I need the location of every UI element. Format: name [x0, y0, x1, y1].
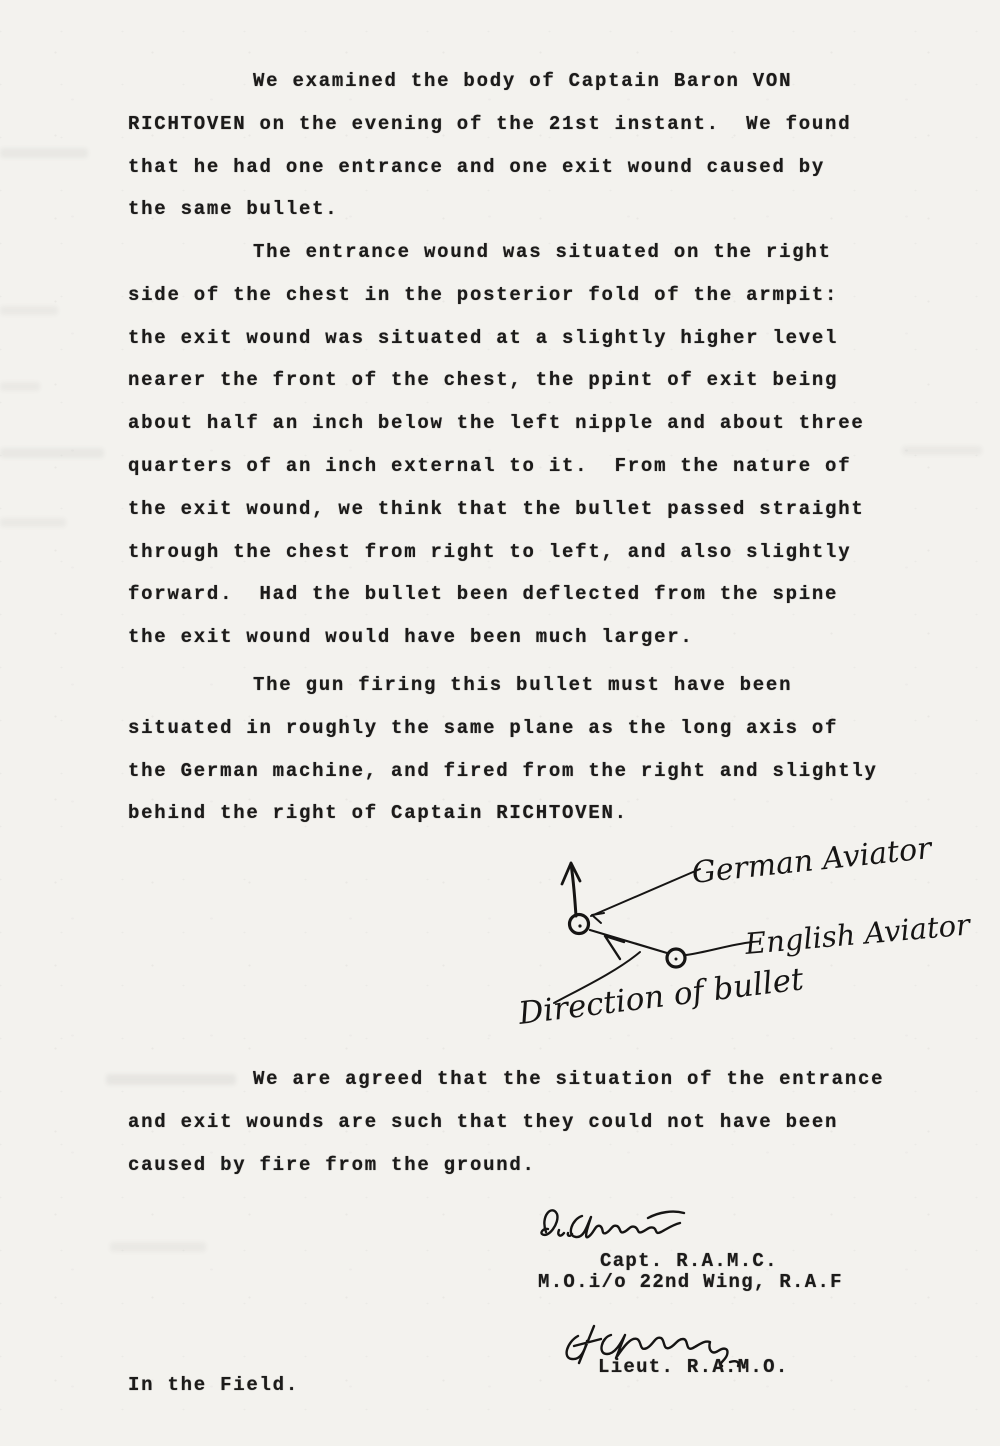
bleedthrough-smudge	[0, 306, 58, 315]
german-label-leader	[591, 869, 700, 916]
paragraph-examination: We examined the body of Captain Baron VO…	[128, 60, 888, 231]
typed-line: the exit wound was situated at a slightl…	[128, 317, 888, 360]
typed-line: behind the right of Captain RICHTOVEN.	[128, 792, 888, 835]
typed-line: The entrance wound was situated on the r…	[128, 231, 888, 274]
typed-line: the German machine, and fired from the r…	[128, 750, 888, 793]
typed-line: We examined the body of Captain Baron VO…	[128, 60, 888, 103]
german-aviator-marker-dot	[578, 924, 581, 927]
bleedthrough-smudge	[110, 1242, 206, 1252]
typed-line: the exit wound, we think that the bullet…	[128, 488, 888, 531]
bleedthrough-smudge	[902, 446, 982, 455]
typed-line: the same bullet.	[128, 188, 888, 231]
paragraph-conclusion: We are agreed that the situation of the …	[128, 1058, 888, 1186]
german-label-leader-barb	[592, 913, 604, 923]
english-aviator-label: English Aviator	[743, 907, 974, 961]
typed-line: quarters of an inch external to it. From…	[128, 445, 888, 488]
typed-line: the exit wound would have been much larg…	[128, 616, 888, 659]
typed-line: caused by fire from the ground.	[128, 1144, 888, 1187]
german-aviator-marker	[570, 915, 589, 934]
typed-line: through the chest from right to left, an…	[128, 531, 888, 574]
direction-of-bullet-label: Direction of bullet	[516, 961, 806, 1032]
captain-signature-stroke	[541, 1210, 684, 1237]
typed-line: about half an inch below the left nipple…	[128, 402, 888, 445]
typed-line: situated in roughly the same plane as th…	[128, 707, 888, 750]
english-aviator-marker-dot	[675, 958, 678, 961]
typed-line: and exit wounds are such that they could…	[128, 1101, 888, 1144]
typed-line: The gun firing this bullet must have bee…	[128, 664, 888, 707]
captain-rank-line: Capt. R.A.M.C.	[600, 1250, 778, 1272]
german-aviator-label: German Aviator	[690, 831, 935, 891]
bleedthrough-smudge	[0, 148, 88, 158]
typed-line: that he had one entrance and one exit wo…	[128, 146, 888, 189]
typed-line: We are agreed that the situation of the …	[128, 1058, 888, 1101]
place-line: In the Field.	[128, 1374, 299, 1396]
captain-unit-line: M.O.i/o 22nd Wing, R.A.F	[538, 1271, 843, 1293]
paragraph-wounds: The entrance wound was situated on the r…	[128, 231, 888, 659]
lieutenant-rank-line: Lieut. R.A.M.O.	[598, 1356, 789, 1378]
typed-line: RICHTOVEN on the evening of the 21st ins…	[128, 103, 888, 146]
typed-line: nearer the front of the chest, the ppint…	[128, 359, 888, 402]
bullet-direction-diagram: German Aviator English Aviator Direction…	[480, 836, 960, 1051]
typed-line: side of the chest in the posterior fold …	[128, 274, 888, 317]
bleedthrough-smudge	[0, 382, 40, 391]
captain-signature-script	[532, 1198, 702, 1250]
document-page: We examined the body of Captain Baron VO…	[0, 0, 1000, 1446]
bleedthrough-smudge	[0, 518, 66, 527]
typed-line: forward. Had the bullet been deflected f…	[128, 573, 888, 616]
paragraph-gun-position: The gun firing this bullet must have bee…	[128, 664, 888, 835]
english-label-leader	[686, 942, 752, 955]
bullet-path-line	[590, 930, 667, 953]
bleedthrough-smudge	[0, 448, 104, 458]
